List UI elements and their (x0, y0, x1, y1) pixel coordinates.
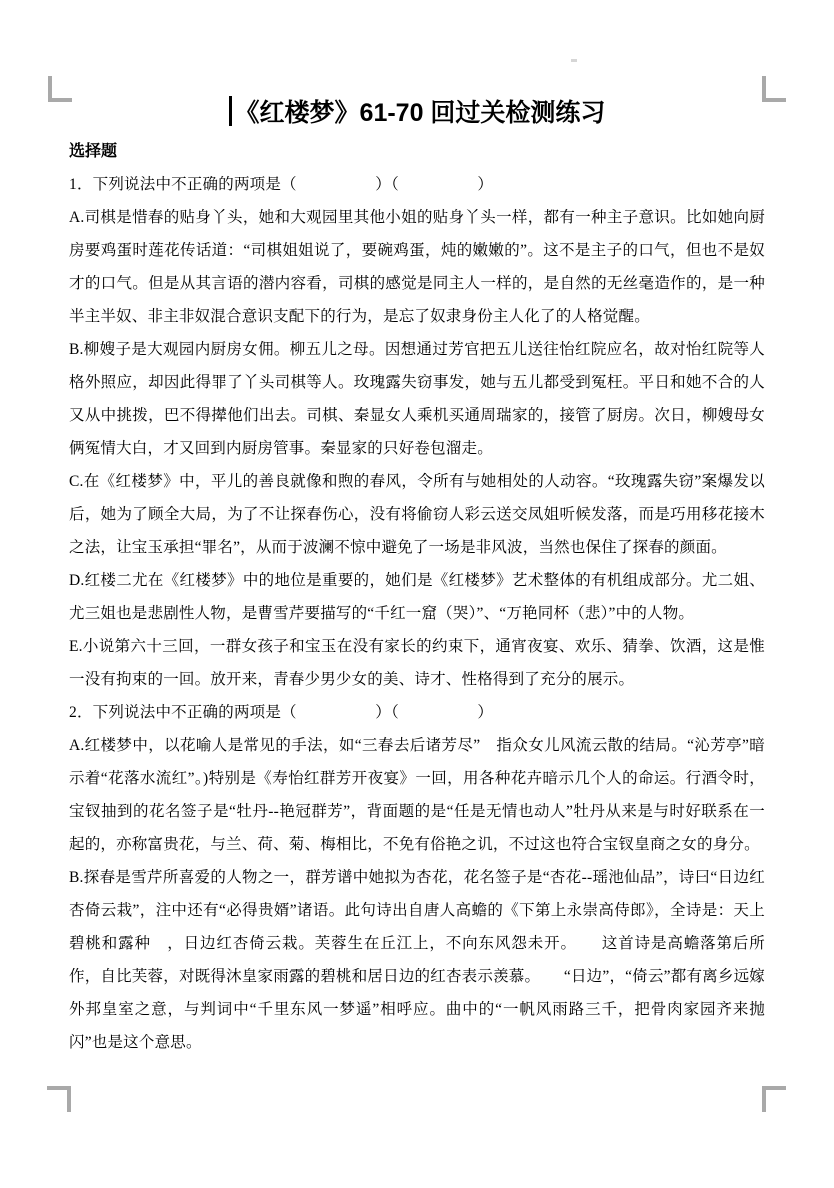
question-1-option-b: B.柳嫂子是大观园内厨房女佣。柳五儿之母。因想通过芳官把五儿送往怡红院应名，故对… (69, 333, 765, 465)
question-1-option-a: A.司棋是惜春的贴身丫头，她和大观园里其他小姐的贴身丫头一样，都有一种主子意识。… (69, 201, 765, 333)
margin-crop-mark-top-right (762, 76, 786, 102)
section-heading: 选择题 (69, 135, 765, 168)
option-label: A. (69, 737, 84, 754)
option-text: 司棋是惜春的贴身丫头，她和大观园里其他小姐的贴身丫头一样，都有一种主子意识。比如… (69, 209, 765, 325)
question-1-text: 下列说法中不正确的两项是（ ）（ ） (93, 176, 493, 193)
title-row: 《红楼梦》61-70 回过关检测练习 (0, 0, 834, 132)
document-body: 选择题 1．下列说法中不正确的两项是（ ）（ ） A.司棋是惜春的贴身丫头，她和… (69, 135, 765, 1059)
question-1-stem: 1．下列说法中不正确的两项是（ ）（ ） (69, 168, 765, 201)
document-title: 《红楼梦》61-70 回过关检测练习 (235, 99, 606, 127)
margin-crop-mark-bottom-left (47, 1086, 71, 1112)
question-2-number: 2． (69, 704, 93, 721)
option-text: 小说第六十三回，一群女孩子和宝玉在没有家长的约束下，通宵夜宴、欢乐、猜拳、饮酒，… (69, 638, 765, 688)
question-2-text: 下列说法中不正确的两项是（ ）（ ） (93, 704, 493, 721)
option-label: B. (69, 341, 84, 358)
scan-artifact-speck (571, 59, 577, 62)
option-text: 红楼梦中，以花喻人是常见的手法，如“三春去后诸芳尽” 指众女儿风流云散的结局。“… (69, 737, 765, 853)
question-1-number: 1． (69, 176, 93, 193)
document-page: 《红楼梦》61-70 回过关检测练习 选择题 1．下列说法中不正确的两项是（ ）… (0, 0, 834, 1188)
question-1-option-e: E.小说第六十三回，一群女孩子和宝玉在没有家长的约束下，通宵夜宴、欢乐、猜拳、饮… (69, 630, 765, 696)
question-2-option-b: B.探春是雪芹所喜爱的人物之一，群芳谱中她拟为杏花，花名签子是“杏花--瑶池仙品… (69, 861, 765, 1059)
margin-crop-mark-bottom-right (762, 1086, 786, 1112)
option-label: E. (69, 638, 83, 655)
option-label: D. (69, 572, 84, 589)
option-label: A. (69, 209, 84, 226)
option-text: 柳嫂子是大观园内厨房女佣。柳五儿之母。因想通过芳官把五儿送往怡红院应名，故对怡红… (69, 341, 765, 457)
margin-crop-mark-top-left (48, 76, 72, 102)
option-text: 红楼二尤在《红楼梦》中的地位是重要的，她们是《红楼梦》艺术整体的有机组成部分。尤… (69, 572, 765, 622)
question-1-option-c: C.在《红楼梦》中，平儿的善良就像和煦的春风，令所有与她相处的人动容。“玫瑰露失… (69, 465, 765, 564)
question-2-option-a: A.红楼梦中，以花喻人是常见的手法，如“三春去后诸芳尽” 指众女儿风流云散的结局… (69, 729, 765, 861)
question-1-option-d: D.红楼二尤在《红楼梦》中的地位是重要的，她们是《红楼梦》艺术整体的有机组成部分… (69, 564, 765, 630)
option-text: 探春是雪芹所喜爱的人物之一，群芳谱中她拟为杏花，花名签子是“杏花--瑶池仙品”，… (69, 869, 765, 1051)
text-cursor (229, 96, 232, 126)
option-label: C. (69, 473, 84, 490)
question-2-stem: 2．下列说法中不正确的两项是（ ）（ ） (69, 696, 765, 729)
option-label: B. (69, 869, 84, 886)
option-text: 在《红楼梦》中，平儿的善良就像和煦的春风，令所有与她相处的人动容。“玫瑰露失窃”… (69, 473, 765, 556)
